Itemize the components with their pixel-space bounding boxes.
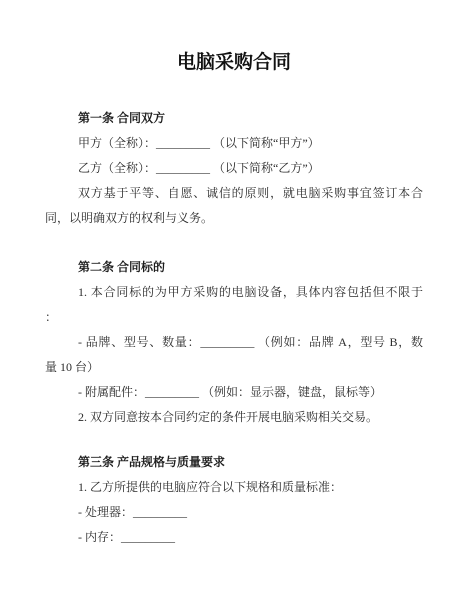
contract-document: 电脑采购合同 第一条 合同双方 甲方（全称）：_________ （以下简称“甲… xyxy=(0,0,463,600)
section-3-item-1: 1. 乙方所提供的电脑应符合以下规格和质量标准： xyxy=(45,475,423,500)
document-title: 电脑采购合同 xyxy=(45,0,423,76)
party-a-blank-line: 甲方（全称）：_________ （以下简称“甲方”） xyxy=(45,131,423,156)
section-1-intro-line-1: 双方基于平等、自愿、诚信的原则，就电脑采购事宜签订本合 xyxy=(45,181,423,206)
section-1-intro-line-2: 同，以明确双方的权利与义务。 xyxy=(45,206,423,231)
accessories-blank-line: - 附属配件：_________ （例如：显示器，键盘，鼠标等） xyxy=(45,380,423,405)
section-2-item-1-line-1: 1. 本合同标的为甲方采购的电脑设备，具体内容包括但不限于 xyxy=(45,280,423,305)
section-2-item-2: 2. 双方同意按本合同约定的条件开展电脑采购相关交易。 xyxy=(45,405,423,430)
brand-model-quantity-line-2: 量 10 台） xyxy=(45,355,423,380)
party-b-blank-line: 乙方（全称）：_________ （以下简称“乙方”） xyxy=(45,156,423,181)
cpu-blank-line: - 处理器：_________ xyxy=(45,500,423,525)
section-2-heading: 第二条 合同标的 xyxy=(45,255,423,280)
ram-blank-line: - 内存：_________ xyxy=(45,525,423,550)
brand-model-quantity-line-1: - 品牌、型号、数量：_________ （例如：品牌 A，型号 B，数 xyxy=(45,330,423,355)
section-2-item-1-line-2: ： xyxy=(45,305,423,330)
section-1-heading: 第一条 合同双方 xyxy=(45,106,423,131)
section-3-heading: 第三条 产品规格与质量要求 xyxy=(45,450,423,475)
